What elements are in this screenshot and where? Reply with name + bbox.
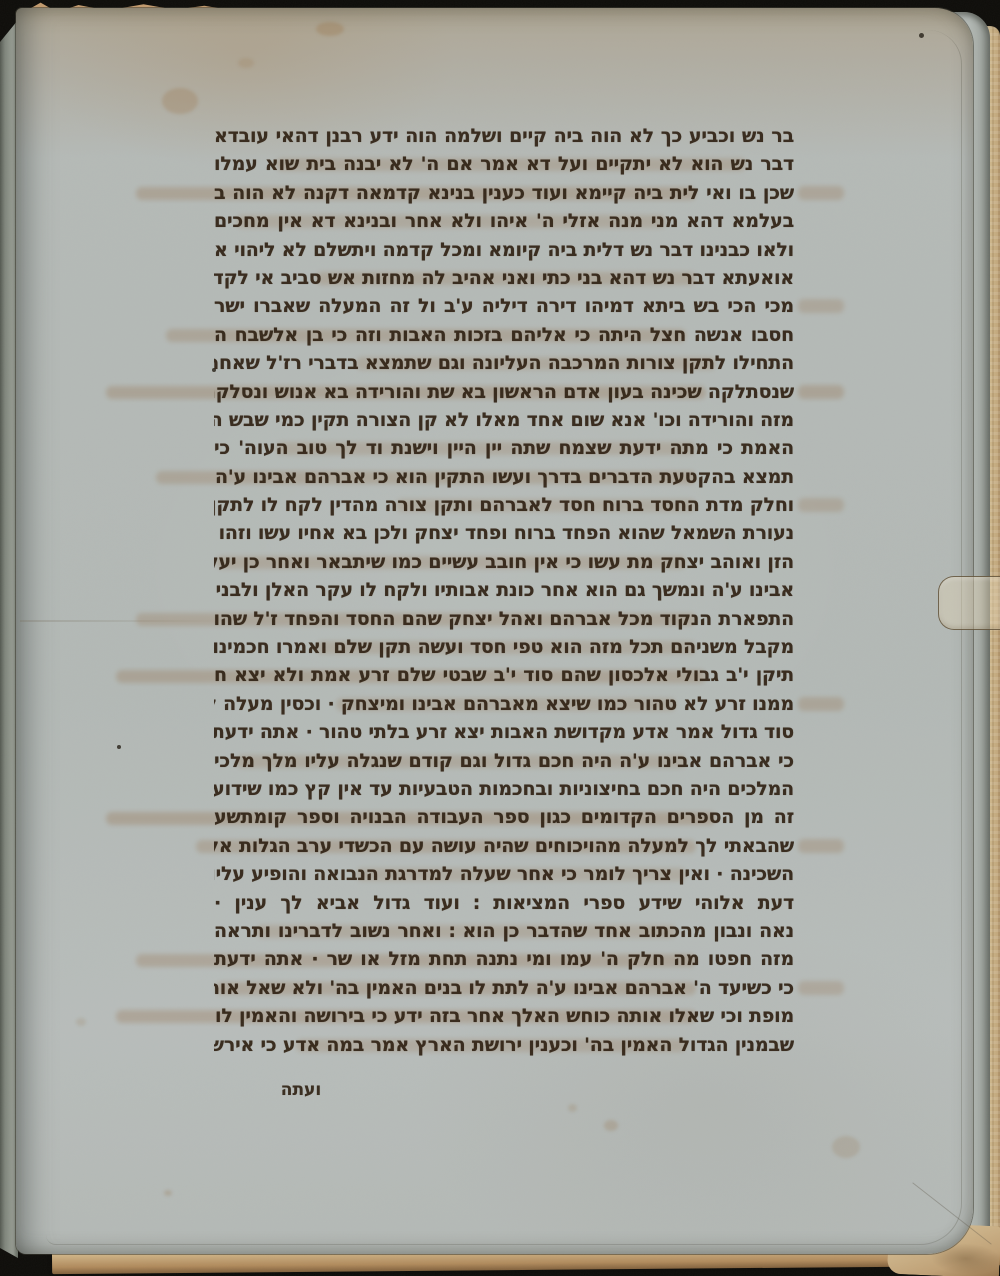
text-line: דעת אלוהי שידע ספרי המציאות ׃ ועוד גדול … <box>214 889 794 917</box>
text-line: מופת וכי שאלו אותה כוחש האלך אחר בזה ידע… <box>214 1002 794 1030</box>
stain <box>832 1136 860 1158</box>
text-line: הזן ואוהב יצחק מת עשו כי אין חובב עשיים … <box>214 548 794 576</box>
ink-bleedthrough <box>798 299 844 313</box>
text-line: תמצא בהקטעת הדברים בדרך ועשו התקין הוא כ… <box>214 463 794 491</box>
text-line: אואעתא דבר נש דהא בני כתי ואני אהיב לה מ… <box>214 264 794 292</box>
stain <box>604 1120 618 1131</box>
stain <box>316 22 344 36</box>
manuscript-photo: בר נש וכביע כך לא הוה ביה קיים ושלמה הוה… <box>0 0 1000 1276</box>
stain <box>238 58 254 68</box>
text-line: ממנו זרע לא טהור כמו שיצא מאברהם אבינו ו… <box>214 690 794 718</box>
stain <box>162 88 198 114</box>
text-line: וחלק מדת החסד ברוח חסד לאברהם ותקן צורה … <box>214 491 794 519</box>
text-line: שהבאתי לך למעלה מהויכוחים שהיה עושה עם ה… <box>214 832 794 860</box>
text-line: התחילו לתקן צורות המרכבה העליונה וגם שתמ… <box>214 349 794 377</box>
dark-speck <box>117 745 121 749</box>
stain <box>164 1190 172 1196</box>
ink-bleedthrough <box>798 385 844 399</box>
stain <box>76 1018 86 1026</box>
text-line: שנסתלקה שכינה בעון אדם הראשון בא שת והור… <box>214 378 794 406</box>
text-line: בעלמא דהא מני מנה אזלי ה' איהו ולא אחר ו… <box>214 207 794 235</box>
text-line: מזה חפטו מה חלק ה' עמו ומי נתנה תחת מזל … <box>214 945 794 973</box>
parchment-tab <box>938 576 1000 630</box>
ink-bleedthrough <box>798 186 844 200</box>
text-line: כי אברהם אבינו ע'ה היה חכם גדול וגם קודם… <box>214 747 794 775</box>
ink-bleedthrough <box>798 981 844 995</box>
ink-bleedthrough <box>798 697 844 711</box>
text-line: בר נש וכביע כך לא הוה ביה קיים ושלמה הוה… <box>214 122 794 150</box>
text-line: נעורת השמאל שהוא הפחד ברוח ופחד יצחק ולכ… <box>214 519 794 547</box>
horizontal-crease <box>20 620 225 622</box>
text-line: התפארת הנקוד מכל אברהם ואהל יצחק שהם החס… <box>214 605 794 633</box>
text-line: האמת כי מתה ידעת שצמח שתה יין היין וישנת… <box>214 434 794 462</box>
catchword: ועתה <box>256 1080 346 1100</box>
text-line: נאה ונבון מהכתוב אחד שהדבר כן הוא ׃ ואחר… <box>214 917 794 945</box>
ink-bleedthrough <box>798 839 844 853</box>
text-line: אבינו ע'ה ונמשך גם הוא אחר כונת אבותיו ו… <box>214 576 794 604</box>
text-line: כי כשיעד ה' אברהם אבינו ע'ה לתת לו בנים … <box>214 974 794 1002</box>
stain <box>568 1104 577 1112</box>
text-line: ולאו כבנינו דבר נש דלית ביה קיומא ומכל ק… <box>214 236 794 264</box>
text-line: המלכים היה חכם בחיצוניות ובחכמות הטבעיות… <box>214 775 794 803</box>
manuscript-page: בר נש וכביע כך לא הוה ביה קיים ושלמה הוה… <box>16 8 973 1254</box>
text-line: שבמנין הגדול האמין בה' וכענין ירושת הארץ… <box>214 1031 794 1059</box>
dark-speck <box>919 33 924 38</box>
text-line: השכינה · ואין צריך לומר כי אחר שעלה למדר… <box>214 860 794 888</box>
text-block: בר נש וכביע כך לא הוה ביה קיים ושלמה הוה… <box>214 122 794 1059</box>
text-line: חסבו אנשה חצל היתה כי אליהם בזכות האבות … <box>214 321 794 349</box>
text-line: מזה והורידה וכו' אנא שום אחד מאלו לא קן … <box>214 406 794 434</box>
text-line: תיקן י'ב גבולי אלכסון שהם סוד י'ב שבטי ש… <box>214 661 794 689</box>
text-line: מכי הכי בש ביתא דמיהו דירה דיליה ע'ב ול … <box>214 292 794 320</box>
ink-bleedthrough <box>798 498 844 512</box>
text-line: סוד גדול אמר אדע מקדושת האבות יצא זרע בל… <box>214 718 794 746</box>
text-line: זה מן הספרים הקדומים כגון ספר העבודה הבנ… <box>214 803 794 831</box>
text-line: דבר נש הוא לא יתקיים ועל דא אמר אם ה' לא… <box>214 150 794 178</box>
text-line: שכן בו ואי לית ביה קיימא ועוד כענין בנינ… <box>214 179 794 207</box>
text-line: מקבל משניהם תכל מזה הוא טפי חסד ועשה תקן… <box>214 633 794 661</box>
